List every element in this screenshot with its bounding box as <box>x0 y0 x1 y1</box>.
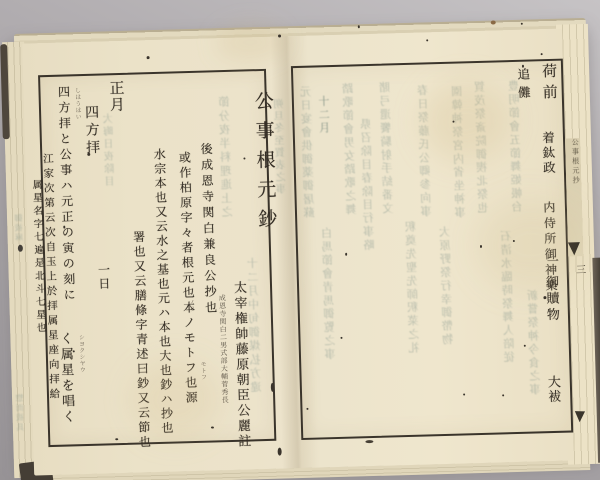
showthrough-ghost-column: 園韓神祭宮内省坐神事 <box>451 85 466 219</box>
manuscript-text-column: しはうはい <box>73 87 80 120</box>
manuscript-text-column: 署也又云膳條字青述曰鈔又云節也 <box>132 230 150 450</box>
manuscript-text-column: ノリ <box>187 299 193 312</box>
manuscript-text-column: 後成恩寺関白兼良公抄也 <box>200 142 217 317</box>
showthrough-ghost-column: 県召除目春除目行事略 <box>360 118 375 252</box>
showthrough-ghost-column: 春日祭藤氏公卿参向事 <box>417 84 432 218</box>
showthrough-ghost-column: 新嘗祭神今食之事 <box>527 289 541 397</box>
manuscript-text-column: 四方拝と公事ハ元正の寅の刻に <box>57 85 75 304</box>
showthrough-ghost-column: 十二月 <box>318 95 330 135</box>
manuscript-text-column: 成恩寺関白二男式部大輔菅秀長 <box>218 294 228 404</box>
manuscript-text-column: 一日 <box>97 263 110 291</box>
showthrough-ghost-column: 大晦日夜除目 <box>105 113 117 188</box>
showthrough-ghost-column: 踏歌節會男女踏歌之舞 <box>342 82 357 216</box>
section-shihohai: 四方拝 <box>84 105 99 158</box>
showthrough-ghost-column: 惣而祓具 <box>16 394 25 433</box>
showthrough-ghost-column: 豊明節會五節舞姫帳台 <box>508 80 523 214</box>
manuscript-text-column: モトフ <box>199 361 206 381</box>
showthrough-ghost-column: 元日宴會供御薬御屠蘇 <box>300 86 315 220</box>
left-page-text-frame: 公事根元鈔後成恩寺関白兼良公抄也或作柏原字々者根元也本ノモトフ也源水宗本也又云水… <box>38 69 276 447</box>
toc-entry-nosaki: 荷前 <box>541 63 557 105</box>
toc-entry-chakuda: 着鈦政 <box>541 131 555 176</box>
showthrough-ghost-column: 御祓麻 <box>15 214 24 243</box>
showthrough-ghost-column: 賭弓還饗騎射手結番文 <box>379 81 394 215</box>
manuscript-text-column: 或作柏原字々者根元也本ノモトフ也源 <box>178 151 197 406</box>
showthrough-ghost-column: 石清水臨時祭舞人陪従 <box>501 230 516 364</box>
fishtail-fold-mark-lower <box>575 411 585 422</box>
manuscript-text-column: 一 <box>546 255 558 267</box>
fishtail-fold-mark-upper <box>568 242 580 255</box>
showthrough-ghost-column: 節分夜半料理進上之 <box>219 96 233 220</box>
manuscript-text-column: シヨクシヤウ <box>77 334 84 373</box>
leaf-number: 三 <box>572 264 587 274</box>
month-header-shogatsu: 正月 <box>108 80 124 113</box>
open-book: 公事根元鈔後成恩寺関白兼良公抄也或作柏原字々者根元也本ノモトフ也源水宗本也又云水… <box>0 18 600 480</box>
right-page-text-frame: 荷前追儺着鈦政内侍所御神楽一御贖物大袚十二月元日宴會供御薬御屠蘇白馬節會青馬御覧… <box>291 59 573 440</box>
toc-entry-oharae: 大袚 <box>546 375 560 404</box>
showthrough-ghost-column: 白馬節會青馬御覧之事 <box>321 227 336 361</box>
showthrough-ghost-column: 釈奠先聖先師釈菜之礼 <box>405 221 420 355</box>
showthrough-ghost-column: 十二月中旬御煤払方違 <box>247 257 262 395</box>
title-kujikongensho: 公事根元鈔 <box>253 91 276 239</box>
photograph-of-open-book: 公事根元鈔後成恩寺関白兼良公抄也或作柏原字々者根元也本ノモトフ也源水宗本也又云水… <box>0 0 600 480</box>
showthrough-ghost-column: 賀茂祭斎院御禊北祭也 <box>474 81 489 215</box>
showthrough-ghost-column: 大原野祭行幸御幣物 <box>439 226 453 347</box>
toc-entry-oagamono: 御贖物 <box>544 275 558 324</box>
manuscript-text-column: 水宗本也又云水之基也元ハ本也大也鈔ハ抄也 <box>153 148 173 436</box>
